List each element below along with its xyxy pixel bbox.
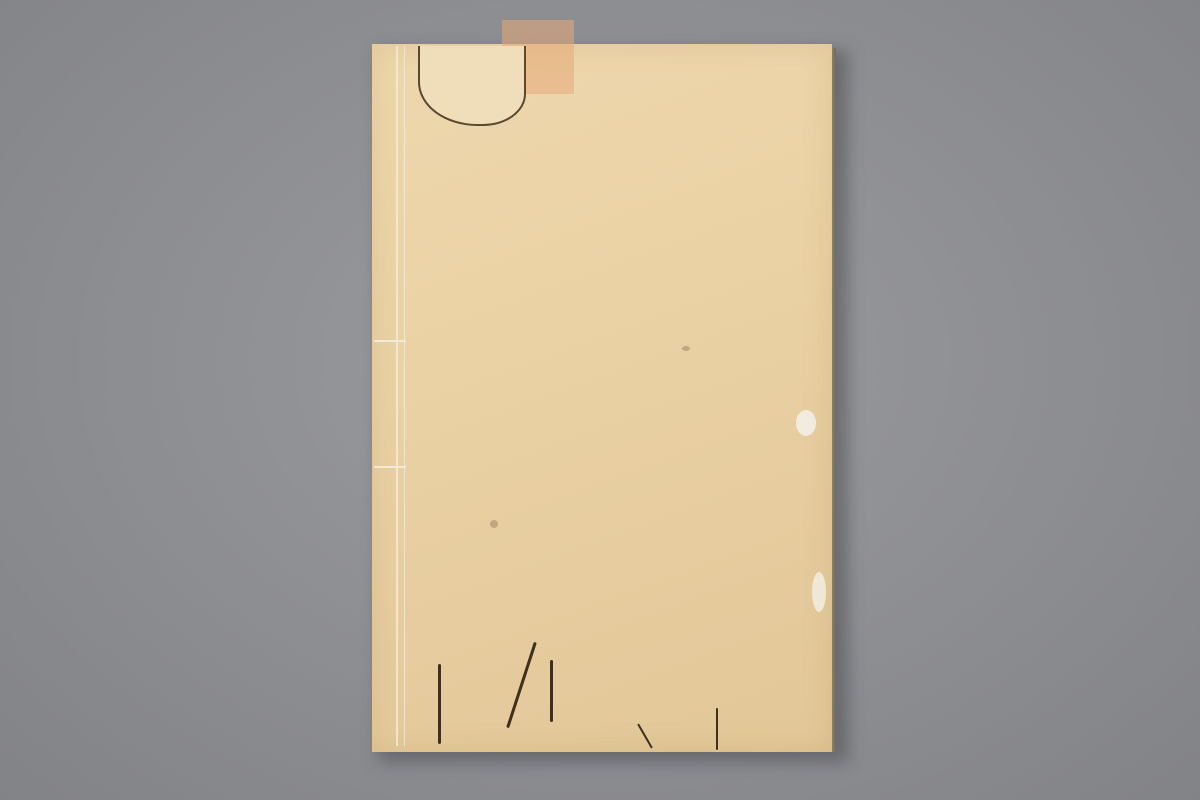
worn-patch bbox=[812, 572, 826, 612]
cover-crack bbox=[438, 664, 441, 744]
binding-stitch bbox=[374, 340, 406, 342]
cover-crack bbox=[550, 660, 553, 722]
stain-spot bbox=[682, 346, 690, 351]
book-cover bbox=[372, 44, 832, 752]
stain-spot bbox=[490, 520, 498, 528]
binding-thread-secondary bbox=[404, 46, 405, 746]
binding-thread bbox=[396, 46, 398, 746]
worn-patch bbox=[796, 410, 816, 436]
binding-stitch bbox=[374, 466, 406, 468]
cover-crack bbox=[716, 708, 718, 750]
